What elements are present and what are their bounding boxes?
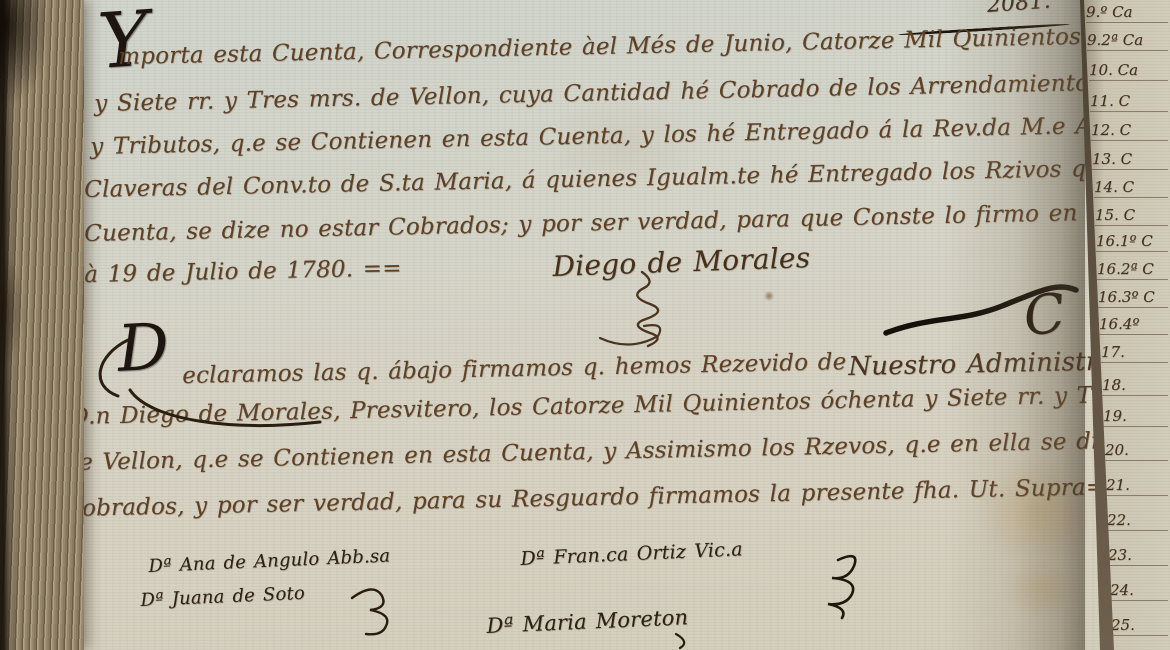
margin-entry: 16.2ª C (1097, 260, 1168, 280)
margin-entry: 13. C (1092, 150, 1168, 170)
margin-entry: 9.2ª Ca (1087, 31, 1168, 51)
margin-entry: 9.º Ca (1086, 3, 1168, 23)
margin-entry: 12. C (1091, 121, 1168, 141)
margin-entry: 16.4º (1099, 315, 1168, 335)
margin-entry: 16.3º C (1098, 288, 1168, 308)
margin-entry: 22. (1107, 511, 1168, 531)
margin-entry: 23. (1108, 546, 1168, 566)
margin-entry: 10. Ca (1089, 61, 1168, 81)
margin-entry: 17. (1101, 343, 1168, 363)
margin-entry: 14. C (1094, 178, 1168, 198)
margin-entry: 19. (1103, 407, 1168, 427)
margin-entry: 11. C (1090, 92, 1168, 112)
calligraphic-c-flourish: C (1020, 281, 1069, 349)
margin-entry: 24. (1110, 581, 1168, 601)
margin-entry: 20. (1105, 441, 1168, 461)
margin-entry: 25. (1111, 616, 1168, 636)
margin-entry: 16.1º C (1096, 232, 1168, 252)
drop-cap-d: D (116, 319, 170, 379)
margin-entry: 18. (1102, 376, 1168, 396)
photo-corner-shadow (0, 0, 50, 108)
margin-entry: 21. (1106, 476, 1168, 496)
binding-shadow (0, 250, 26, 370)
margin-entry: 15. C (1095, 206, 1168, 226)
manuscript-photo: 2081. Y mporta esta Cuenta, Correspondie… (0, 0, 1170, 650)
